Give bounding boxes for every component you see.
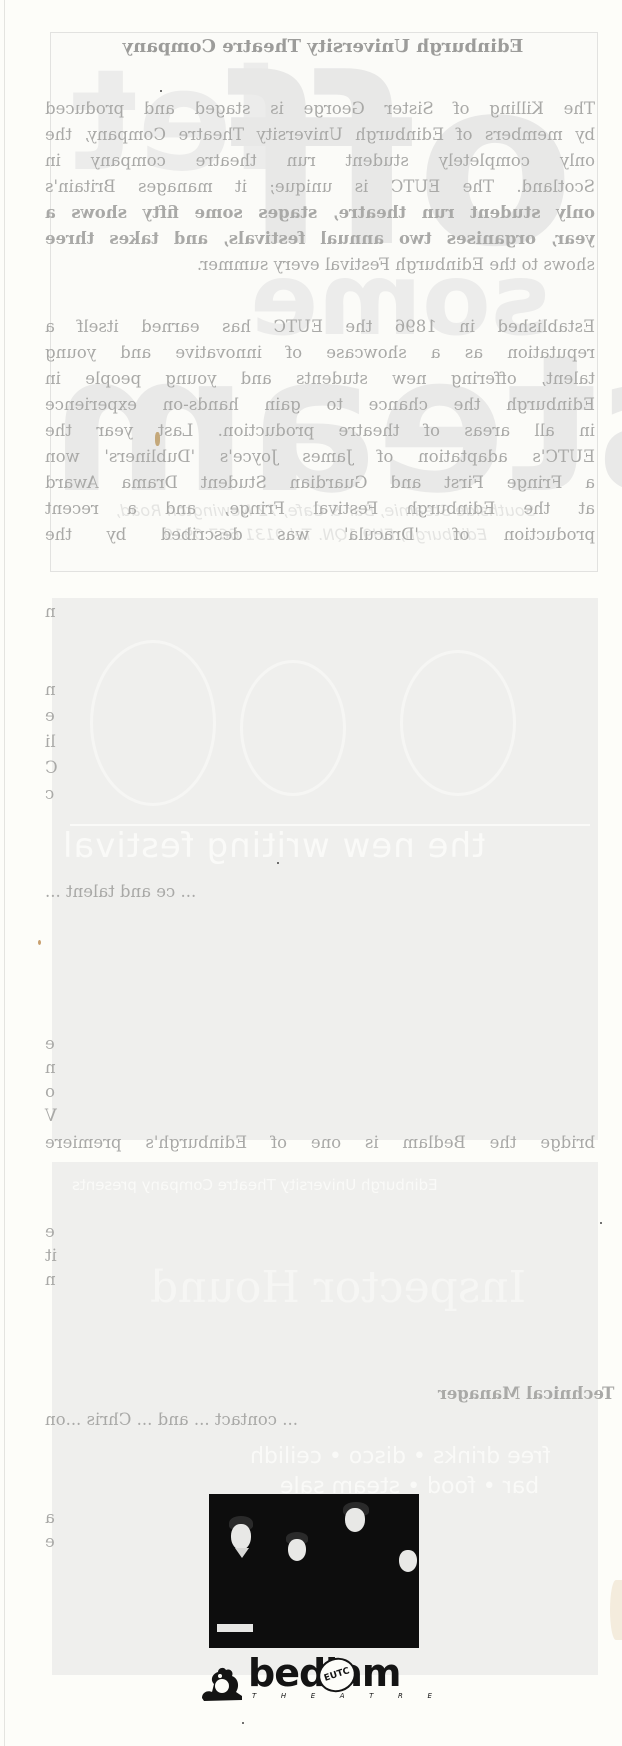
text-line: Edinburgh the chance to gain hands-on ex… <box>45 392 595 418</box>
scan-speck <box>160 90 162 92</box>
scan-speck <box>600 1222 602 1224</box>
actor-face <box>288 1539 306 1561</box>
text-fragment: e <box>45 1034 55 1053</box>
costume-detail <box>217 1624 253 1632</box>
logo-letter: E <box>428 1692 432 1700</box>
scanned-page: let off some steam Southside Steamie, Ba… <box>0 0 622 1746</box>
text-line: talent, offering new students and young … <box>45 366 595 392</box>
text-fragment: n <box>45 602 56 621</box>
text-fragment: n <box>45 1058 56 1077</box>
text-line: production of 'Dracula' was described by… <box>45 522 595 548</box>
ghost-ornament <box>240 660 346 796</box>
text-fragment: it <box>45 1246 57 1265</box>
bedlam-theatre-logo: bedlam EUTC T H E A T R E <box>200 1660 440 1706</box>
technical-manager-label: Technical Manager <box>438 1384 614 1403</box>
text-fragment: ... contact ... and ... Chris ...on <box>45 1410 298 1429</box>
logo-letter: E <box>311 1692 315 1700</box>
text-fragment: a <box>45 1508 55 1527</box>
paper-stain <box>155 432 160 446</box>
text-line: only completely student run theatre comp… <box>45 148 595 174</box>
scan-speck <box>277 862 279 864</box>
text-fragment: V <box>45 1106 57 1125</box>
company-heading: Edinburgh University Theatre Company <box>50 36 596 57</box>
text-line: reputation as a showcase of innovative a… <box>45 340 595 366</box>
ghost-event-line: free drinks • disco • ceilidh <box>250 1444 551 1469</box>
ghost-ornament <box>90 640 216 806</box>
actor-face <box>345 1508 365 1532</box>
text-line: bridge the Bedlam is one of Edinburgh's … <box>45 1130 595 1156</box>
scan-edge <box>4 0 5 1746</box>
paper-stain <box>38 940 41 945</box>
logo-letter: T <box>369 1692 373 1700</box>
paragraph-intro: The Killing of Sister George is staged a… <box>45 96 595 278</box>
ghost-festival-banner: the new writing festival <box>62 826 485 866</box>
actor-face <box>231 1524 251 1550</box>
text-line: in all areas of theatre production. Last… <box>45 418 595 444</box>
text-line: Established in 1896 the EUTC has earned … <box>45 314 595 340</box>
ghost-show-title: Inspector Hound <box>150 1262 526 1313</box>
ghost-eutc-presents: Edinburgh University Theatre Company pre… <box>72 1176 438 1194</box>
text-line: The Killing of Sister George is staged a… <box>45 96 595 122</box>
text-line: EUTC's adaptation of James Joyce's 'Dubl… <box>45 444 595 470</box>
text-fragment: e <box>45 1532 55 1551</box>
text-fragment: n <box>45 680 56 699</box>
text-fragment: o <box>45 1082 55 1101</box>
jester-mask-icon <box>200 1664 244 1702</box>
logo-letter: T <box>252 1692 256 1700</box>
scan-speck <box>242 1722 244 1724</box>
logo-letter: R <box>398 1692 403 1700</box>
text-line: only student run theatre, stages some fi… <box>45 200 595 226</box>
text-line: by members of Edinburgh University Theat… <box>45 122 595 148</box>
bedlam-line: bridge the Bedlam is one of Edinburgh's … <box>45 1130 595 1156</box>
text-line: shows to the Edinburgh Festival every su… <box>45 252 595 278</box>
ghost-ornament <box>400 650 516 796</box>
text-fragment: e <box>45 706 55 725</box>
text-fragment: li <box>45 732 56 751</box>
text-fragment: c <box>45 784 54 803</box>
production-photo <box>209 1494 419 1648</box>
text-line: year, organises two annual festivals, an… <box>45 226 595 252</box>
paragraph-history: Established in 1896 the EUTC has earned … <box>45 314 595 548</box>
text-fragment: e <box>45 1222 55 1241</box>
text-line: a Fringe First and Guardian Student Dram… <box>45 470 595 496</box>
text-line: at the Edinburgh Festival Fringe, and a … <box>45 496 595 522</box>
paper-stain <box>610 1580 622 1640</box>
text-line: Scotland. The EUTC is unique; it manages… <box>45 174 595 200</box>
text-fragment: C <box>45 758 58 777</box>
actor-neckline <box>235 1548 249 1558</box>
text-fragment: n <box>45 1270 56 1289</box>
logo-letter: A <box>340 1692 345 1700</box>
logo-letter: H <box>281 1692 286 1700</box>
text-fragment: ... ce and talent ... <box>45 882 196 901</box>
logo-subtitle: T H E A T R E <box>252 1692 432 1700</box>
actor-face <box>399 1550 417 1572</box>
